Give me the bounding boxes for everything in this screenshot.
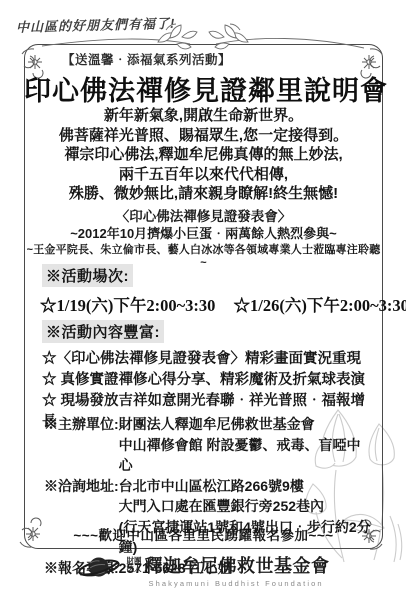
contents-section: ※活動內容豐富: [42,320,164,343]
logo-prefix-bottom: 法人 [127,565,142,573]
saturn-planet-icon [77,552,121,582]
session-item: ☆1/26(六)下午2:00~3:30 [234,296,406,315]
logo-org-name-en: Shakyamuni Buddhist Foundation [149,579,324,588]
greeting-note: 中山區的好朋友們有福了! [16,11,236,36]
address-line: 大門入口處在匯豐銀行旁252巷內 [119,496,374,517]
organizer-label: ※主辦單位: [44,414,119,435]
organizer-row: ※主辦單位: 財團法人釋迦牟尼佛救世基金會 中山禪修會館 附設憂鬱、戒毒、盲啞中… [44,414,374,476]
address-lines: 台北市中山區松江路266號9樓 大門入口處在匯豐銀行旁252巷內 (行天宮捷運站… [119,476,374,558]
intro-line: 佛菩薩祥光普照、賜福眾生,您一定接得到。 [24,126,383,146]
intro-paragraph: 新年新氣象,開啟生命新世界。 佛菩薩祥光普照、賜福眾生,您一定接得到。 禪宗印心… [24,106,383,204]
flyer-page: { "colors": { "ink": "#1c1c1c", "muted_g… [0,0,406,600]
intro-line: 兩千五百年以來代代相傳, [24,165,383,185]
page-title: 印心佛法禪修見證鄰里說明會 [24,69,383,108]
sessions-header: ※活動場次: [42,264,133,287]
list-item: ☆〈印心佛法禪修見證發表會〉精彩畫面實況重現 [42,349,372,370]
sessions-section: ※活動場次: [42,264,133,287]
foundation-logo: 財團 法人 釋迦牟尼佛救世基金會 Shakyamuni Buddhist Fou… [0,552,406,588]
organizer-line: 財團法人釋迦牟尼佛救世基金會 [119,414,374,435]
logo-org-name: 釋迦牟尼佛救世基金會 [145,552,330,578]
event-name: 〈印心佛法禪修見證發表會〉 [24,205,383,225]
intro-line: 禪宗印心佛法,釋迦牟尼佛真傳的無上妙法, [24,145,383,165]
logo-top-row: 財團 法人 釋迦牟尼佛救世基金會 [127,552,330,578]
list-item: ☆ 真修實證禪修心得分享、精彩魔術及折氣球表演 [42,370,372,391]
logo-prefix: 財團 法人 [127,557,142,573]
event-note: ~2012年10月擠爆小巨蛋‧兩萬餘人熱烈參與~ [24,223,383,242]
sessions-line: ☆1/19(六)下午2:00~3:30 ☆1/26(六)下午2:00~3:30 [40,292,380,316]
session-item: ☆1/19(六)下午2:00~3:30 [40,296,215,315]
address-line: 台北市中山區松江路266號9樓 [119,476,374,497]
intro-line: 新年新氣象,開啟生命新世界。 [24,106,383,126]
contents-header: ※活動內容豐富: [42,320,164,343]
intro-line: 殊勝、微妙無比,請來親身瞭解!終生無憾! [24,184,383,204]
series-label: 【送溫馨‧添福氣系列活動】 [62,50,231,68]
organizer-line: 中山禪修會館 附設憂鬱、戒毒、盲啞中心 [119,435,374,476]
address-row: ※洽詢地址: 台北市中山區松江路266號9樓 大門入口處在匯豐銀行旁252巷內 … [44,476,374,558]
address-label: ※洽詢地址: [44,476,119,497]
organizer-lines: 財團法人釋迦牟尼佛救世基金會 中山禪修會館 附設憂鬱、戒毒、盲啞中心 [119,414,374,476]
logo-text: 財團 法人 釋迦牟尼佛救世基金會 Shakyamuni Buddhist Fou… [127,552,330,588]
closing-line: ~~~歡迎中山區各里里民踴躍報名參加~~~ [24,524,383,544]
